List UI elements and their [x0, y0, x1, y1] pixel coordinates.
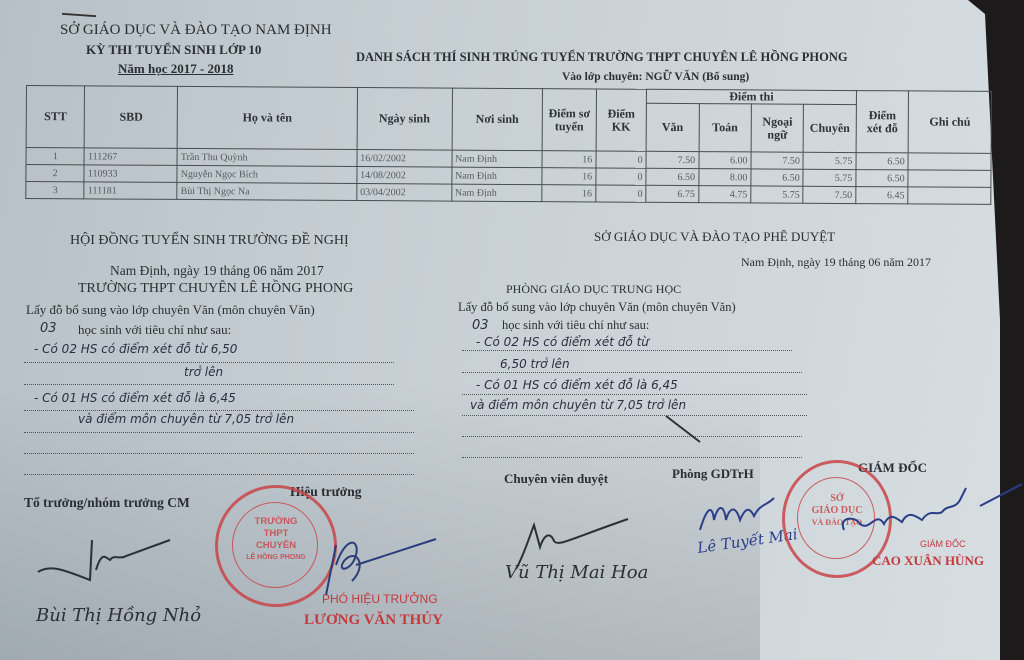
cell-note: [908, 170, 991, 188]
dotted-line: [462, 350, 792, 351]
cell-van: 6.75: [646, 185, 699, 202]
cell-van: 6.50: [646, 168, 699, 185]
right-line2: học sinh với tiêu chí như sau:: [502, 318, 649, 333]
cell-stt: 1: [26, 148, 85, 165]
cell-admission: 6.50: [856, 170, 909, 187]
dotted-line: [24, 384, 394, 385]
header-sbd: SBD: [85, 86, 178, 149]
cell-ngoai-ngu: 7.50: [751, 152, 804, 169]
left-criteria-1: - Có 02 HS có điểm xét đỗ từ 6,50: [34, 342, 237, 356]
right-office: PHÒNG GIÁO DỤC TRUNG HỌC: [506, 282, 681, 297]
cell-van: 7.50: [646, 151, 699, 168]
header-toan: Toán: [699, 104, 752, 152]
cell-dob: 14/08/2002: [357, 167, 452, 185]
left-school: TRƯỜNG THPT CHUYÊN LÊ HỒNG PHONG: [78, 281, 353, 297]
header-admission: Điểm xét đỗ: [856, 91, 909, 153]
header-bonus: Điểm KK: [596, 89, 647, 151]
dotted-line: [24, 432, 414, 433]
cell-sbd: 111181: [84, 182, 177, 200]
cell-chuyen: 7.50: [803, 186, 856, 203]
header-prelim: Điểm sơ tuyển: [542, 89, 596, 151]
header-name: Họ và tên: [177, 86, 357, 149]
header-note: Ghi chú: [908, 91, 991, 154]
cell-pob: Nam Định: [452, 150, 543, 168]
right-sig-label-2: Phòng GDTrH: [672, 466, 754, 482]
header-ngoai-ngu: Ngoại ngữ: [751, 104, 804, 152]
dotted-line: [24, 453, 414, 454]
cell-ngoai-ngu: 5.75: [751, 186, 804, 203]
cell-admission: 6.50: [856, 153, 909, 170]
right-sig-label-1: Chuyên viên duyệt: [504, 471, 608, 487]
cell-toan: 8.00: [698, 169, 751, 186]
header-exam-group: Điểm thi: [647, 89, 857, 104]
cell-sbd: 111267: [84, 148, 177, 166]
right-criteria-3: - Có 01 HS có điểm xét đỗ là 6,45: [476, 378, 678, 392]
right-criteria-2: 6,50 trở lên: [500, 357, 570, 371]
cell-chuyen: 5.75: [803, 152, 856, 169]
cell-stt: 3: [26, 182, 85, 199]
director-title: GIÁM ĐỐC: [920, 539, 966, 549]
cell-prelim: 16: [542, 185, 596, 202]
cell-name: Nguyễn Ngọc Bích: [177, 165, 357, 183]
cell-bonus: 0: [596, 168, 647, 185]
left-criteria-4: và điểm môn chuyên từ 7,05 trở lên: [78, 412, 294, 426]
vice-principal-title: PHÓ HIỆU TRƯỞNG: [322, 592, 438, 606]
left-date: Nam Định, ngày 19 tháng 06 năm 2017: [110, 263, 324, 279]
cell-prelim: 16: [542, 151, 596, 168]
reviewer-name: Vũ Thị Mai Hoa: [505, 562, 648, 583]
right-criteria-1: - Có 02 HS có điểm xét đỗ từ: [476, 335, 649, 349]
right-count: 03: [472, 318, 489, 333]
department-name: SỞ GIÁO DỤC VÀ ĐÀO TẠO NAM ĐỊNH: [60, 22, 332, 39]
left-criteria-2: trở lên: [184, 365, 223, 379]
left-line2: học sinh với tiêu chí như sau:: [78, 322, 231, 338]
header-van: Văn: [646, 103, 699, 151]
cell-admission: 6.45: [856, 187, 909, 204]
cell-note: [908, 153, 991, 171]
cell-name: Trần Thu Quỳnh: [177, 148, 357, 166]
cell-name: Bùi Thị Ngọc Na: [177, 182, 357, 200]
cell-sbd: 110933: [84, 165, 177, 183]
dotted-line: [462, 372, 802, 373]
cell-dob: 16/02/2002: [357, 150, 452, 168]
dotted-line: [24, 474, 414, 475]
cell-prelim: 16: [542, 168, 596, 185]
header-chuyen: Chuyên: [803, 104, 856, 152]
list-title: DANH SÁCH THÍ SINH TRÚNG TUYỂN TRƯỜNG TH…: [356, 50, 848, 65]
header-dob: Ngày sinh: [357, 88, 452, 151]
right-line1: Lấy đỗ bổ sung vào lớp chuyên Văn (môn c…: [458, 300, 736, 315]
director-name: CAO XUÂN HÙNG: [872, 553, 984, 569]
cell-toan: 6.00: [699, 152, 752, 169]
right-heading: SỞ GIÁO DỤC VÀ ĐÀO TẠO PHÊ DUYỆT: [594, 229, 835, 245]
school-year: Năm học 2017 - 2018: [118, 61, 234, 77]
left-criteria-3: - Có 01 HS có điểm xét đỗ là 6,45: [34, 391, 236, 405]
cell-stt: 2: [26, 165, 85, 182]
cell-toan: 4.75: [698, 186, 751, 203]
cell-pob: Nam Định: [451, 184, 542, 202]
cell-bonus: 0: [596, 151, 647, 168]
cell-dob: 03/04/2002: [357, 184, 452, 202]
cell-chuyen: 5.75: [803, 169, 856, 186]
cell-pob: Nam Định: [451, 167, 542, 185]
header-pob: Nơi sinh: [452, 88, 543, 151]
left-count: 03: [40, 321, 57, 336]
left-heading: HỘI ĐỒNG TUYỂN SINH TRƯỜNG ĐỀ NGHỊ: [70, 233, 349, 249]
signature-mark: [30, 530, 180, 600]
cell-note: [908, 187, 991, 205]
left-line1: Lấy đỗ bổ sung vào lớp chuyên Văn (môn c…: [26, 302, 315, 318]
cell-bonus: 0: [595, 185, 646, 202]
results-table: STT SBD Họ và tên Ngày sinh Nơi sinh Điể…: [25, 85, 992, 205]
left-signer-name: Bùi Thị Hồng Nhỏ: [36, 605, 201, 626]
exam-title: KỲ THI TUYỂN SINH LỚP 10: [86, 42, 261, 58]
dotted-line: [462, 394, 807, 395]
left-sig-label-1: Tổ trưởng/nhóm trưởng CM: [24, 495, 190, 511]
dotted-line: [24, 362, 394, 363]
vice-principal-name: LƯƠNG VĂN THỦY: [304, 612, 443, 629]
right-date: Nam Định, ngày 19 tháng 06 năm 2017: [741, 255, 931, 270]
dotted-line: [24, 410, 414, 411]
cell-ngoai-ngu: 6.50: [751, 169, 804, 186]
header-stt: STT: [26, 86, 85, 148]
class-label: Vào lớp chuyên: NGỮ VĂN (Bổ sung): [562, 71, 749, 83]
